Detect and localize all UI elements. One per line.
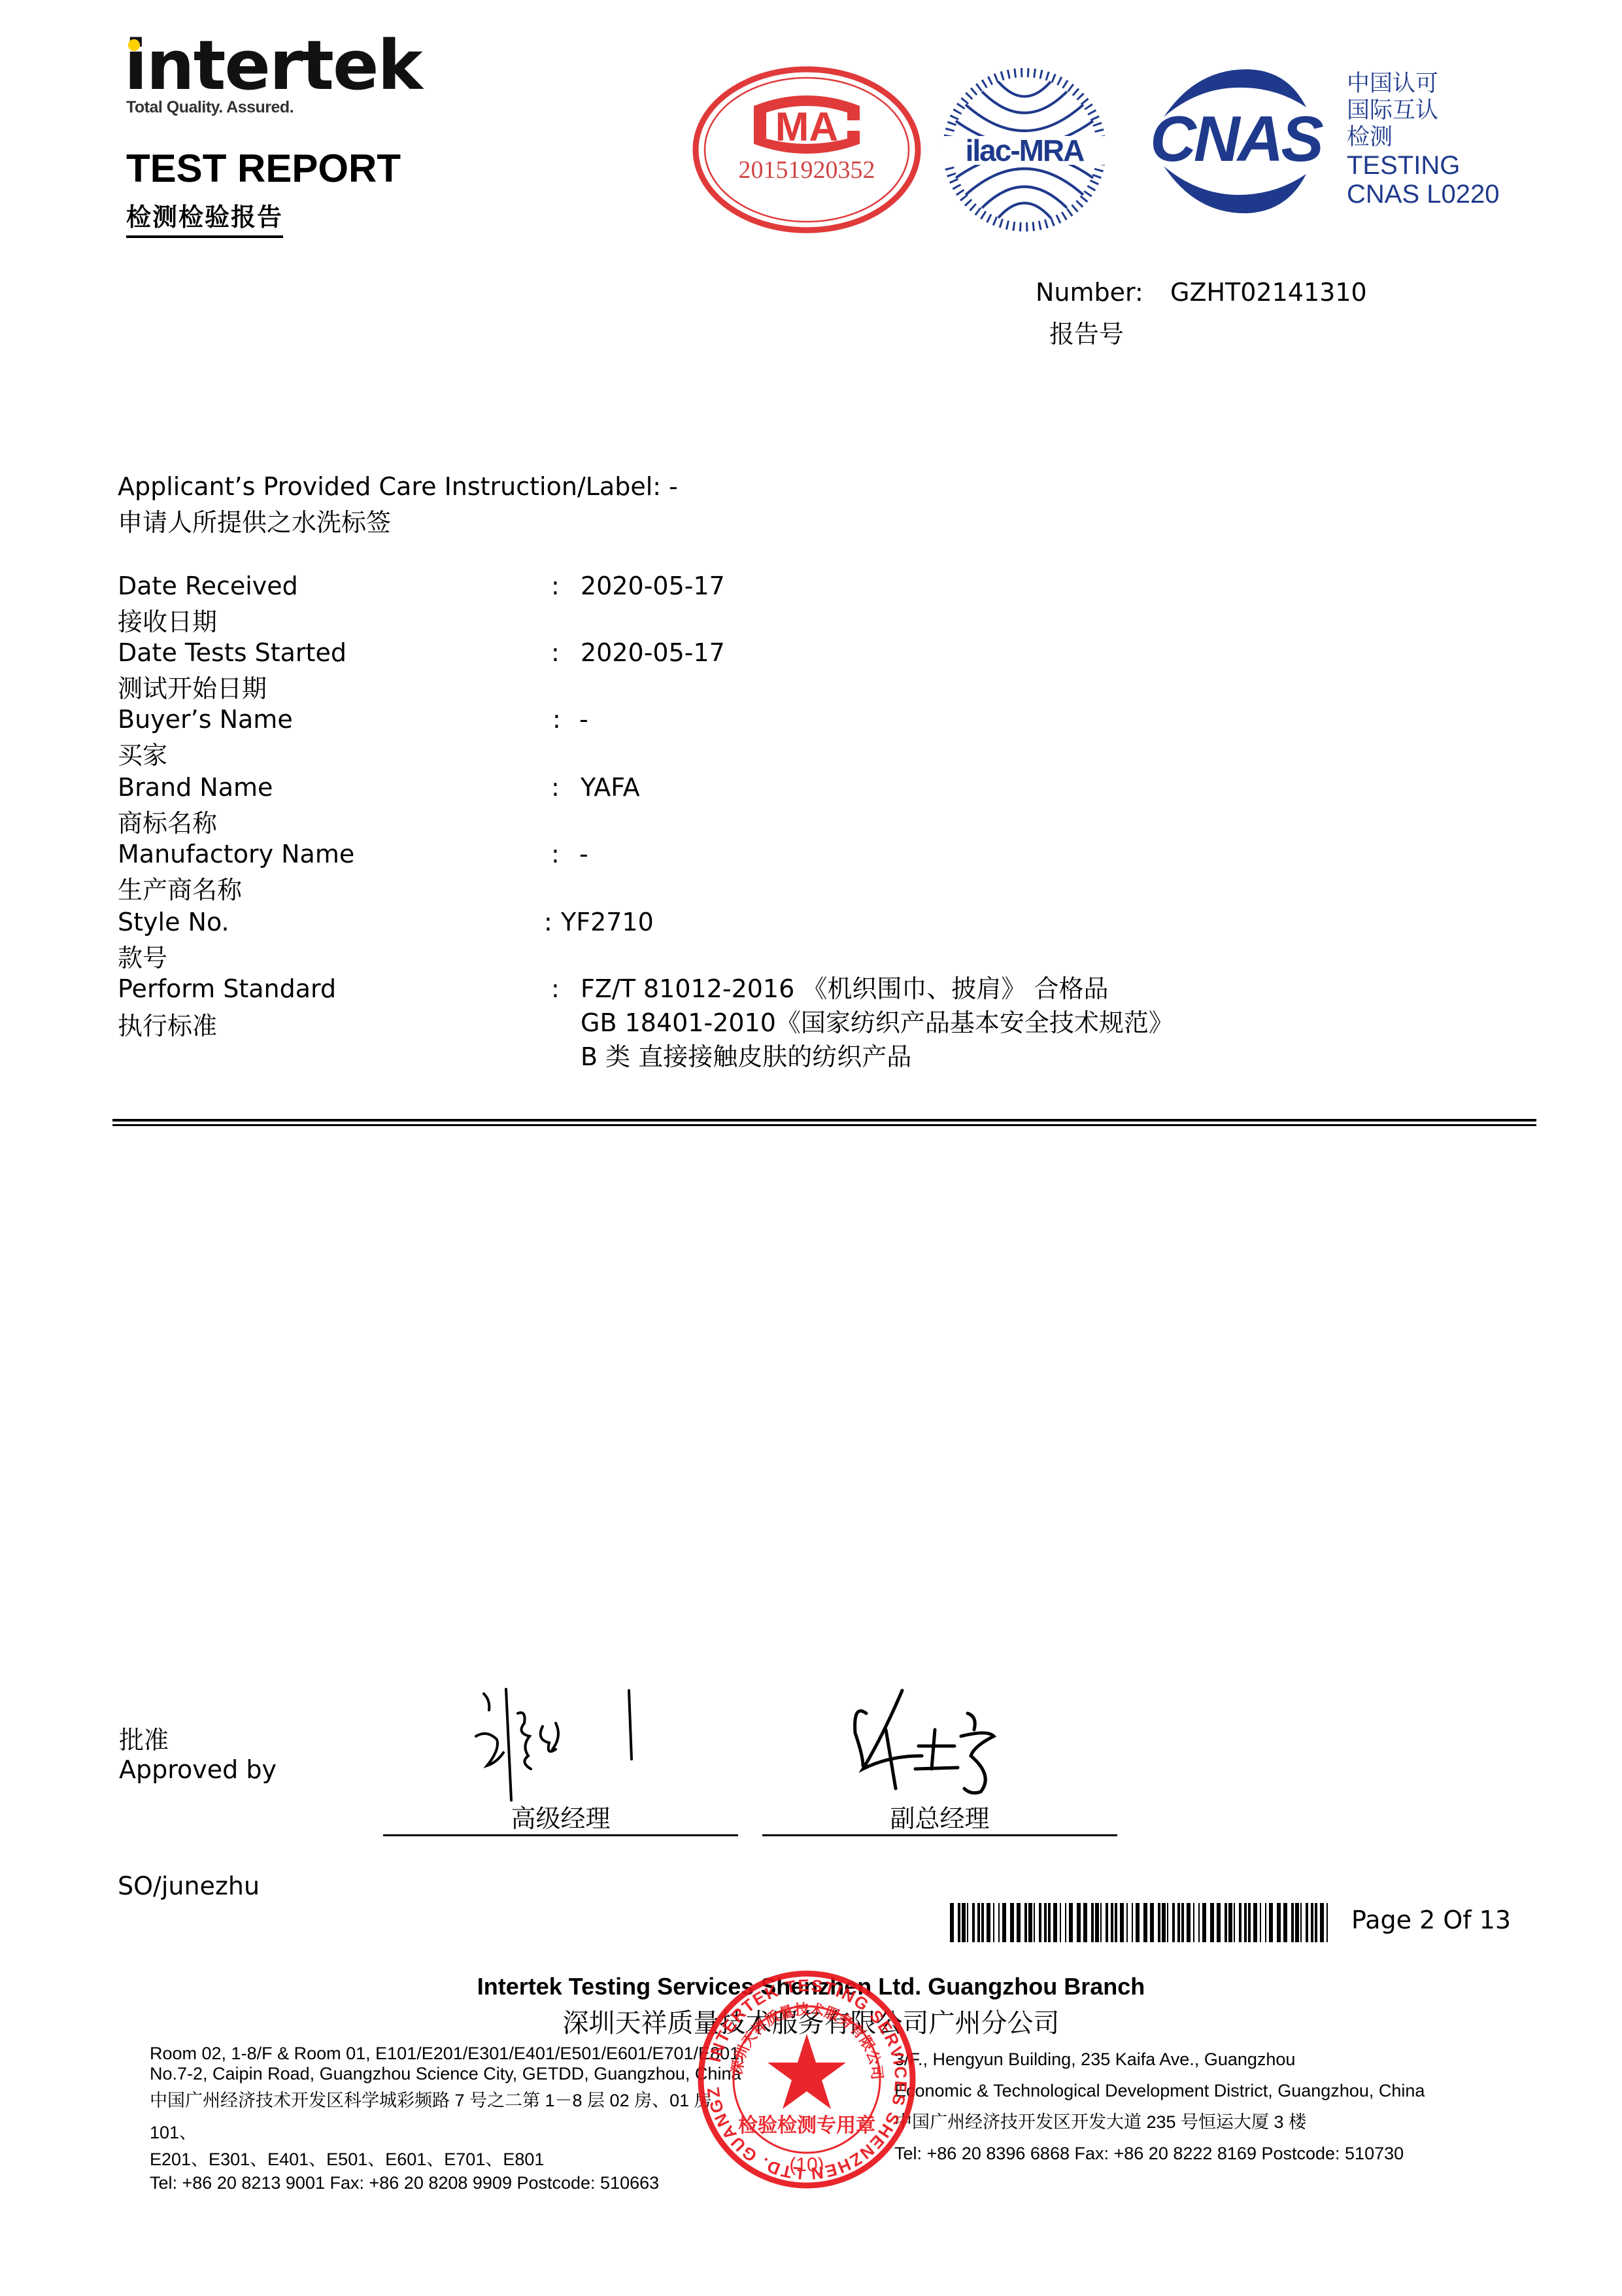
field-label-cn: 买家 [118, 735, 167, 771]
standard-line: GB 18401-2010《国家纺织产品基本安全技术规范》 [581, 1006, 1174, 1040]
care-label-heading-cn: 申请人所提供之水洗标签 [118, 502, 391, 538]
operator-id: SO/junezhu [118, 1869, 260, 1903]
report-number-value: GZHT02141310 [1170, 278, 1367, 307]
field-sep: : [551, 972, 560, 1006]
signatory-title: 高级经理 [383, 1798, 738, 1834]
field-value: 2020-05-17 [581, 636, 725, 670]
address-line: Room 02, 1-8/F & Room 01, E101/E201/E301… [150, 2044, 745, 2064]
address-line: 中国广州经济技开发区开发大道 235 号恒运大厦 3 楼 [894, 2106, 1425, 2138]
field-label: Date Received [118, 569, 298, 603]
intertek-logo: intertek [124, 31, 422, 99]
signature-1-icon [471, 1684, 667, 1815]
signature-line [762, 1834, 1117, 1836]
approved-by-label: Approved by [119, 1753, 277, 1787]
address-line: Economic & Technological Development Dis… [894, 2075, 1425, 2106]
footer-address-right: 3/F., Hengyun Building, 235 Kaifa Ave., … [894, 2044, 1425, 2169]
field-sep: : [551, 770, 560, 804]
field-label-cn: 款号 [118, 938, 167, 974]
cnas-line: 检测 [1347, 124, 1499, 151]
cnas-line: 中国认可 [1347, 71, 1499, 97]
approved-by-label-cn: 批准 [119, 1720, 169, 1756]
cnas-code: CNAS L0220 [1347, 180, 1499, 209]
care-label-heading: Applicant’s Provided Care Instruction/La… [118, 470, 678, 504]
cnas-testing: TESTING [1347, 151, 1499, 180]
address-line: 101、 [150, 2123, 745, 2143]
field-label-cn: 商标名称 [118, 803, 217, 839]
logo-dot-icon [128, 39, 140, 51]
address-line: E201、E301、E401、E501、E601、E701、E801 [150, 2150, 745, 2170]
field-label-cn: 执行标准 [118, 1006, 217, 1042]
field-label-cn: 接收日期 [118, 602, 217, 638]
report-title: TEST REPORT [126, 149, 401, 188]
seal-number: (10) [789, 2154, 824, 2176]
address-line: Tel: +86 20 8213 9001 Fax: +86 20 8208 9… [150, 2173, 745, 2193]
field-sep: : [552, 702, 561, 736]
signature-line [383, 1834, 738, 1836]
footer-address-left: Room 02, 1-8/F & Room 01, E101/E201/E301… [150, 2044, 745, 2193]
logo-tagline: Total Quality. Assured. [126, 98, 294, 117]
field-sep: : [551, 837, 560, 871]
field-value: YAFA [581, 770, 640, 804]
field-label: Buyer’s Name [118, 702, 293, 736]
cnas-text: CNAS [1150, 103, 1323, 175]
field-value: 2020-05-17 [581, 569, 725, 603]
report-title-cn: 检测检验报告 [126, 204, 283, 238]
field-value: - [579, 702, 588, 736]
section-divider [112, 1119, 1536, 1122]
address-line: 3/F., Hengyun Building, 235 Kaifa Ave., … [894, 2044, 1425, 2075]
address-line: No.7-2, Caipin Road, Guangzhou Science C… [150, 2064, 745, 2084]
seal-purpose: 检验检测专用章 [738, 2114, 875, 2137]
field-label: Perform Standard [118, 972, 336, 1006]
field-sep: : [544, 905, 552, 939]
signatory-title: 副总经理 [762, 1798, 1117, 1834]
report-number-label-cn: 报告号 [1049, 314, 1124, 350]
field-value: YF2710 [561, 905, 654, 939]
barcode-icon [950, 1903, 1328, 1942]
field-sep: : [551, 569, 560, 603]
cma-logo-icon: MA 20151920352 [692, 65, 922, 234]
standard-line: B 类 直接接触皮肤的纺织产品 [581, 1040, 911, 1074]
address-line: 中国广州经济技术开发区科学城彩频路 7 号之二第 1－8 层 02 房、01 房 [150, 2091, 745, 2111]
cnas-logo-icon: CNAS [1138, 61, 1334, 218]
ilac-mra-logo-icon: ilac-MRA [936, 65, 1113, 234]
standard-line: FZ/T 81012-2016 《机织围巾、披肩》 合格品 [581, 972, 1108, 1006]
field-value: - [579, 837, 588, 871]
field-sep: : [551, 636, 560, 670]
section-divider [112, 1124, 1536, 1126]
field-label: Style No. [118, 905, 229, 939]
field-label-cn: 生产商名称 [118, 870, 242, 906]
field-label-cn: 测试开始日期 [118, 668, 267, 704]
signature-2-icon [837, 1684, 1053, 1815]
address-line: Tel: +86 20 8396 6868 Fax: +86 20 8222 8… [894, 2138, 1425, 2169]
page-indicator: Page 2 Of 13 [1351, 1903, 1511, 1937]
field-label: Date Tests Started [118, 636, 346, 670]
cnas-caption: 中国认可 国际互认 检测 TESTING CNAS L0220 [1347, 71, 1499, 209]
ilac-text: ilac-MRA [966, 133, 1085, 167]
field-label: Manufactory Name [118, 837, 354, 871]
official-seal-icon: INTERTEK TESTING SERVICES SHENZHEN LTD. … [696, 1968, 918, 2191]
field-label: Brand Name [118, 770, 273, 804]
cma-code: 20151920352 [739, 156, 875, 184]
cnas-line: 国际互认 [1347, 97, 1499, 124]
cma-letters: MA [775, 105, 838, 150]
report-number-label: Number: [1036, 278, 1143, 307]
